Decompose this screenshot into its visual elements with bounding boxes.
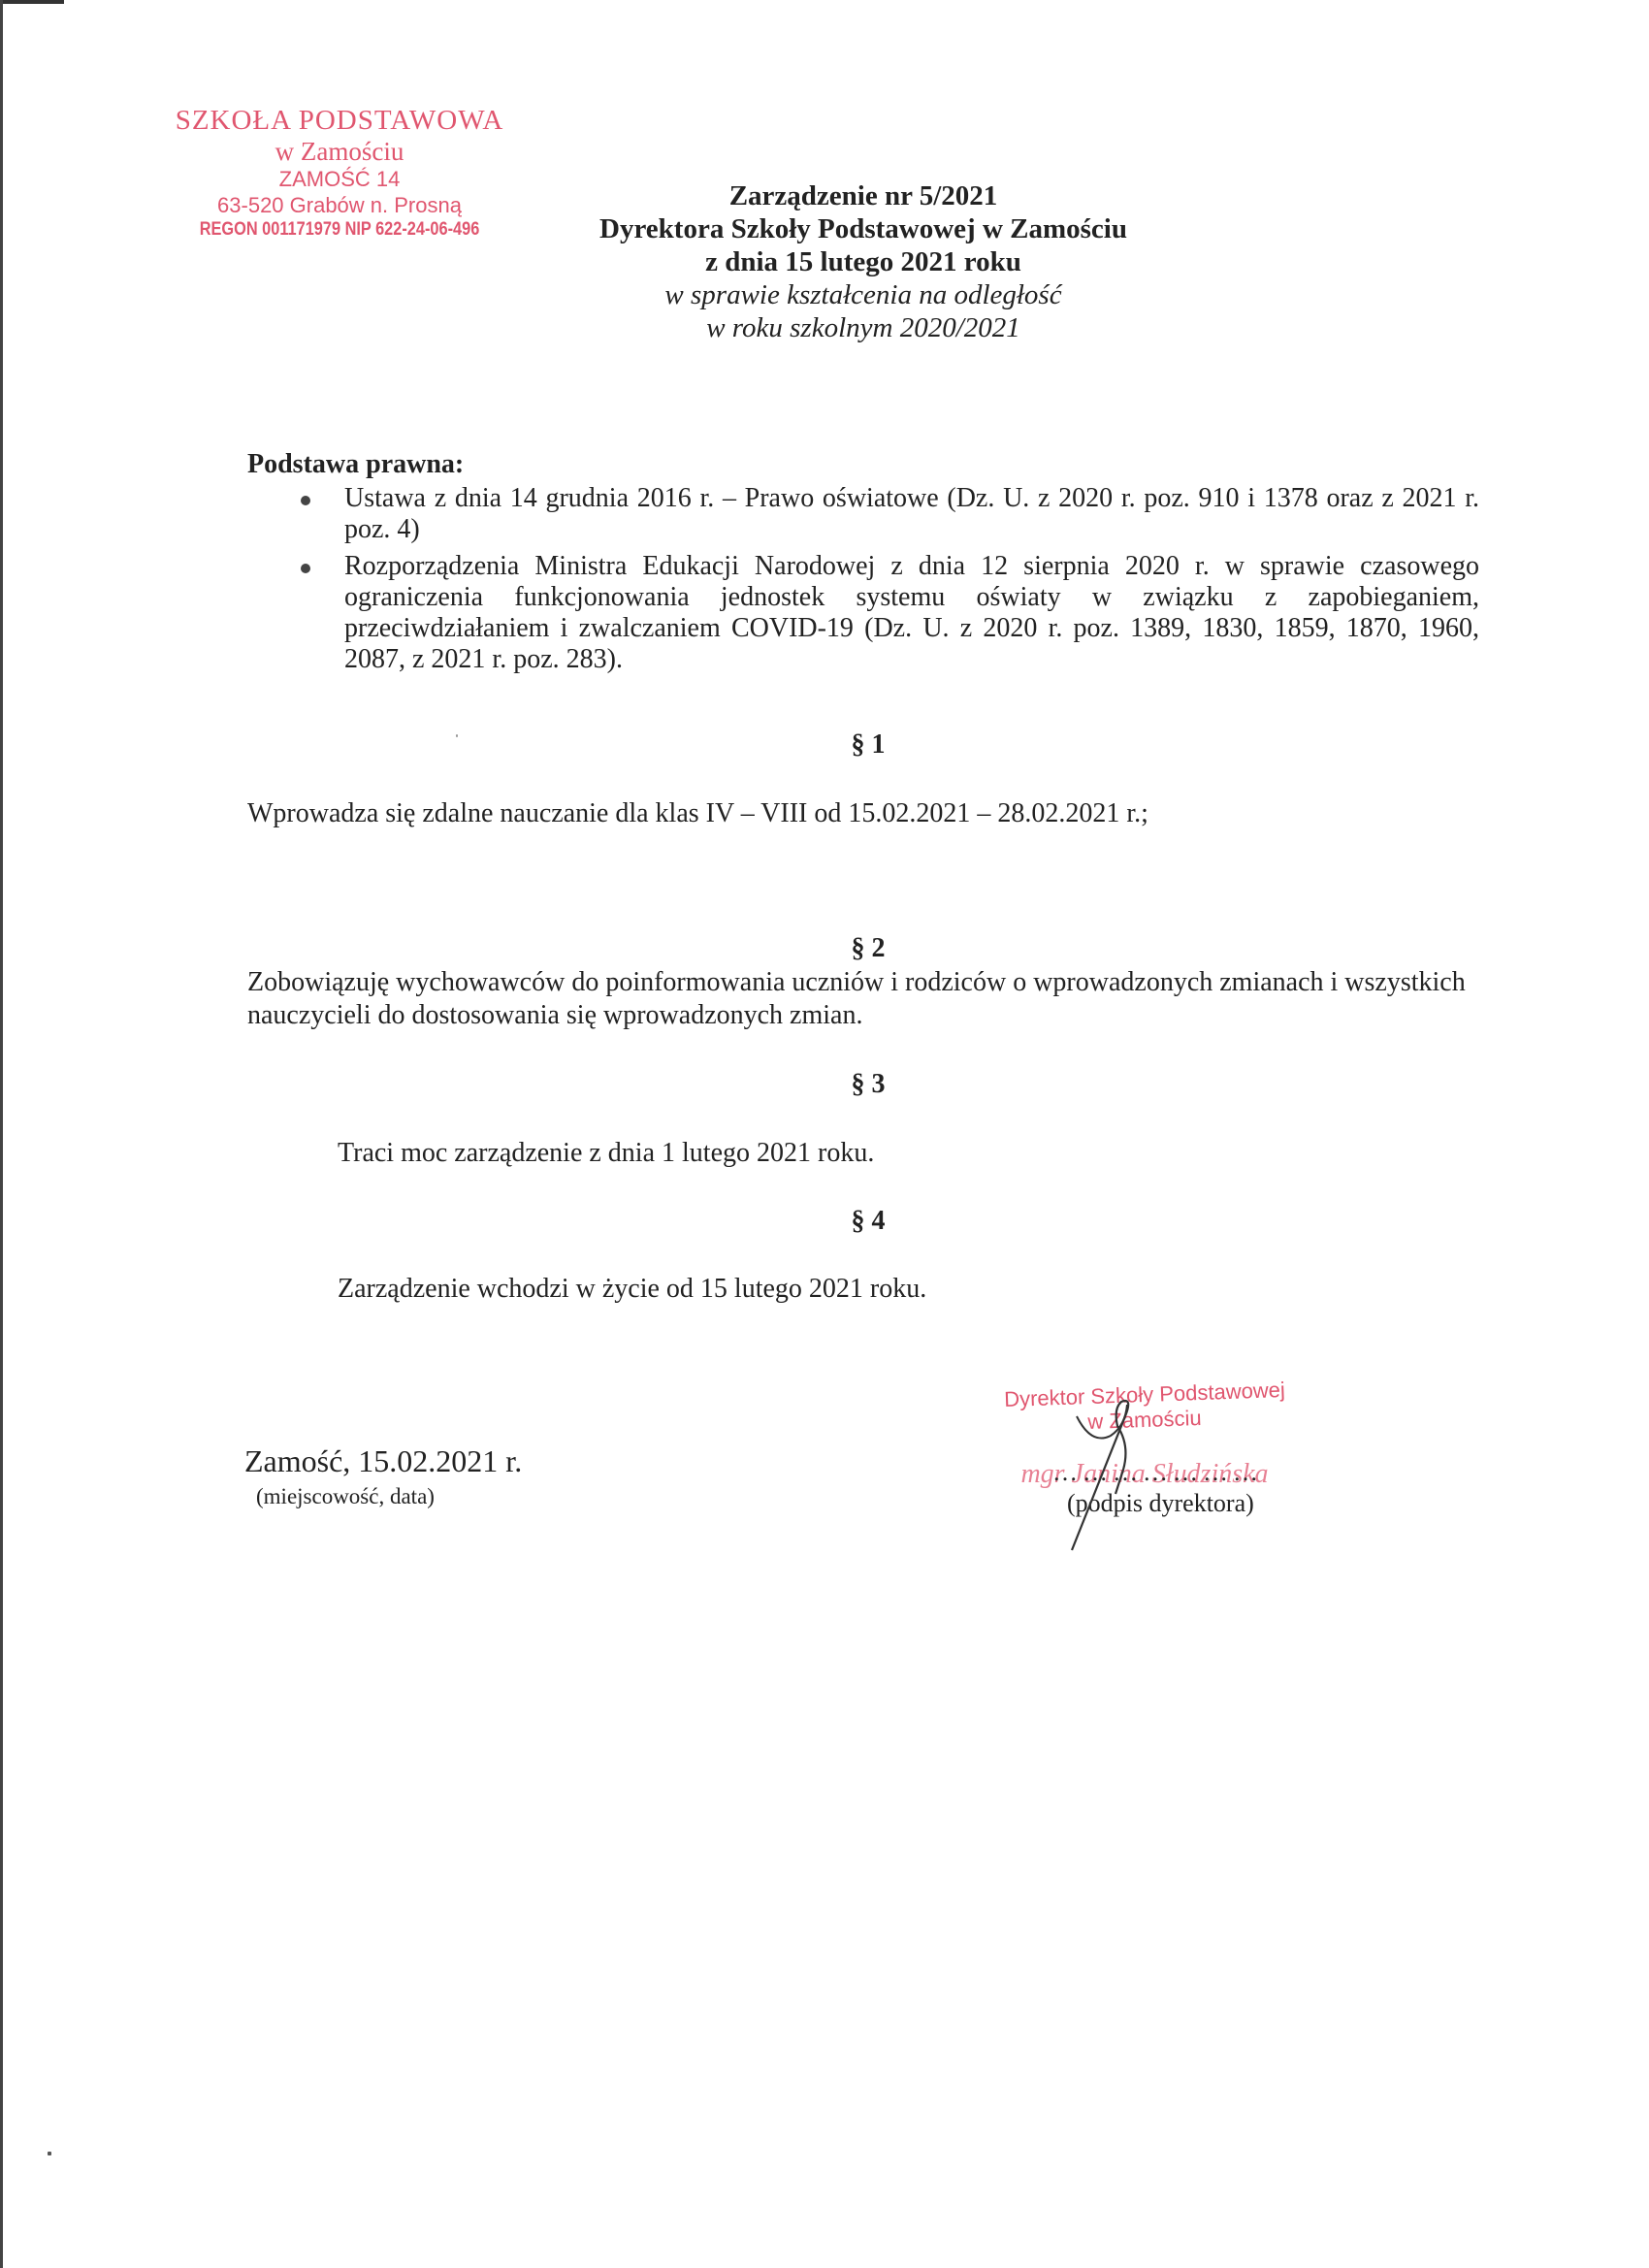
legal-basis-item-text: Ustawa z dnia 14 grudnia 2016 r. – Prawo… [344,483,1479,544]
scan-speck [48,2152,51,2155]
stamp-school-postal: 63-520 Grabów n. Prosną [155,192,524,218]
place-date-caption: (miejscowość, data) [256,1484,435,1509]
place-date: Zamość, 15.02.2021 r. [244,1443,522,1479]
section-1-text: Wprowadza się zdalne nauczanie dla klas … [247,797,1148,830]
section-4-text: Zarządzenie wchodzi w życie od 15 lutego… [338,1273,926,1306]
legal-basis-item: Rozporządzenia Ministra Edukacji Narodow… [286,551,1479,675]
stamp-school-town: w Zamościu [155,137,524,166]
section-4-mark-text: § 4 [852,1206,886,1236]
section-2-mark-text: § 2 [852,933,886,963]
handwritten-signature-icon [1057,1387,1164,1552]
section-1-mark: § 1 [0,729,1649,761]
title-line-year: w roku szkolnym 2020/2021 [563,311,1164,344]
stamp-school-ids: REGON 001171979 NIP 622-24-06-496 [181,218,499,242]
legal-basis-list: Ustawa z dnia 14 grudnia 2016 r. – Prawo… [286,483,1479,681]
legal-basis-item: Ustawa z dnia 14 grudnia 2016 r. – Prawo… [286,483,1479,545]
title-line-number: Zarządzenie nr 5/2021 [563,179,1164,212]
legal-basis-item-text: Rozporządzenia Ministra Edukacji Narodow… [344,551,1479,674]
bullet-icon [301,564,310,573]
section-1-mark-text: § 1 [852,729,886,760]
section-2-mark: § 2 [0,933,1649,964]
title-line-date: z dnia 15 lutego 2021 roku [563,245,1164,278]
section-3-mark-text: § 3 [852,1069,886,1099]
section-2-text: Zobowiązuję wychowawców do poinformowani… [247,966,1470,1032]
stamp-school-name: SZKOŁA PODSTAWOWA [155,104,524,137]
title-line-issuer: Dyrektora Szkoły Podstawowej w Zamościu [563,212,1164,245]
school-stamp: SZKOŁA PODSTAWOWA w Zamościu ZAMOŚĆ 14 6… [155,104,524,242]
scan-edge-left [0,0,3,2268]
legal-basis-heading: Podstawa prawna: [247,449,464,480]
bullet-icon [301,496,310,505]
scan-edge-top [0,0,64,4]
stamp-school-address: ZAMOŚĆ 14 [155,166,524,192]
title-line-subject: w sprawie kształcenia na odległość [563,278,1164,311]
section-3-mark: § 3 [0,1069,1649,1100]
section-4-mark: § 4 [0,1206,1649,1237]
section-3-text: Traci moc zarządzenie z dnia 1 lutego 20… [338,1137,874,1170]
document-title: Zarządzenie nr 5/2021 Dyrektora Szkoły P… [563,179,1164,344]
